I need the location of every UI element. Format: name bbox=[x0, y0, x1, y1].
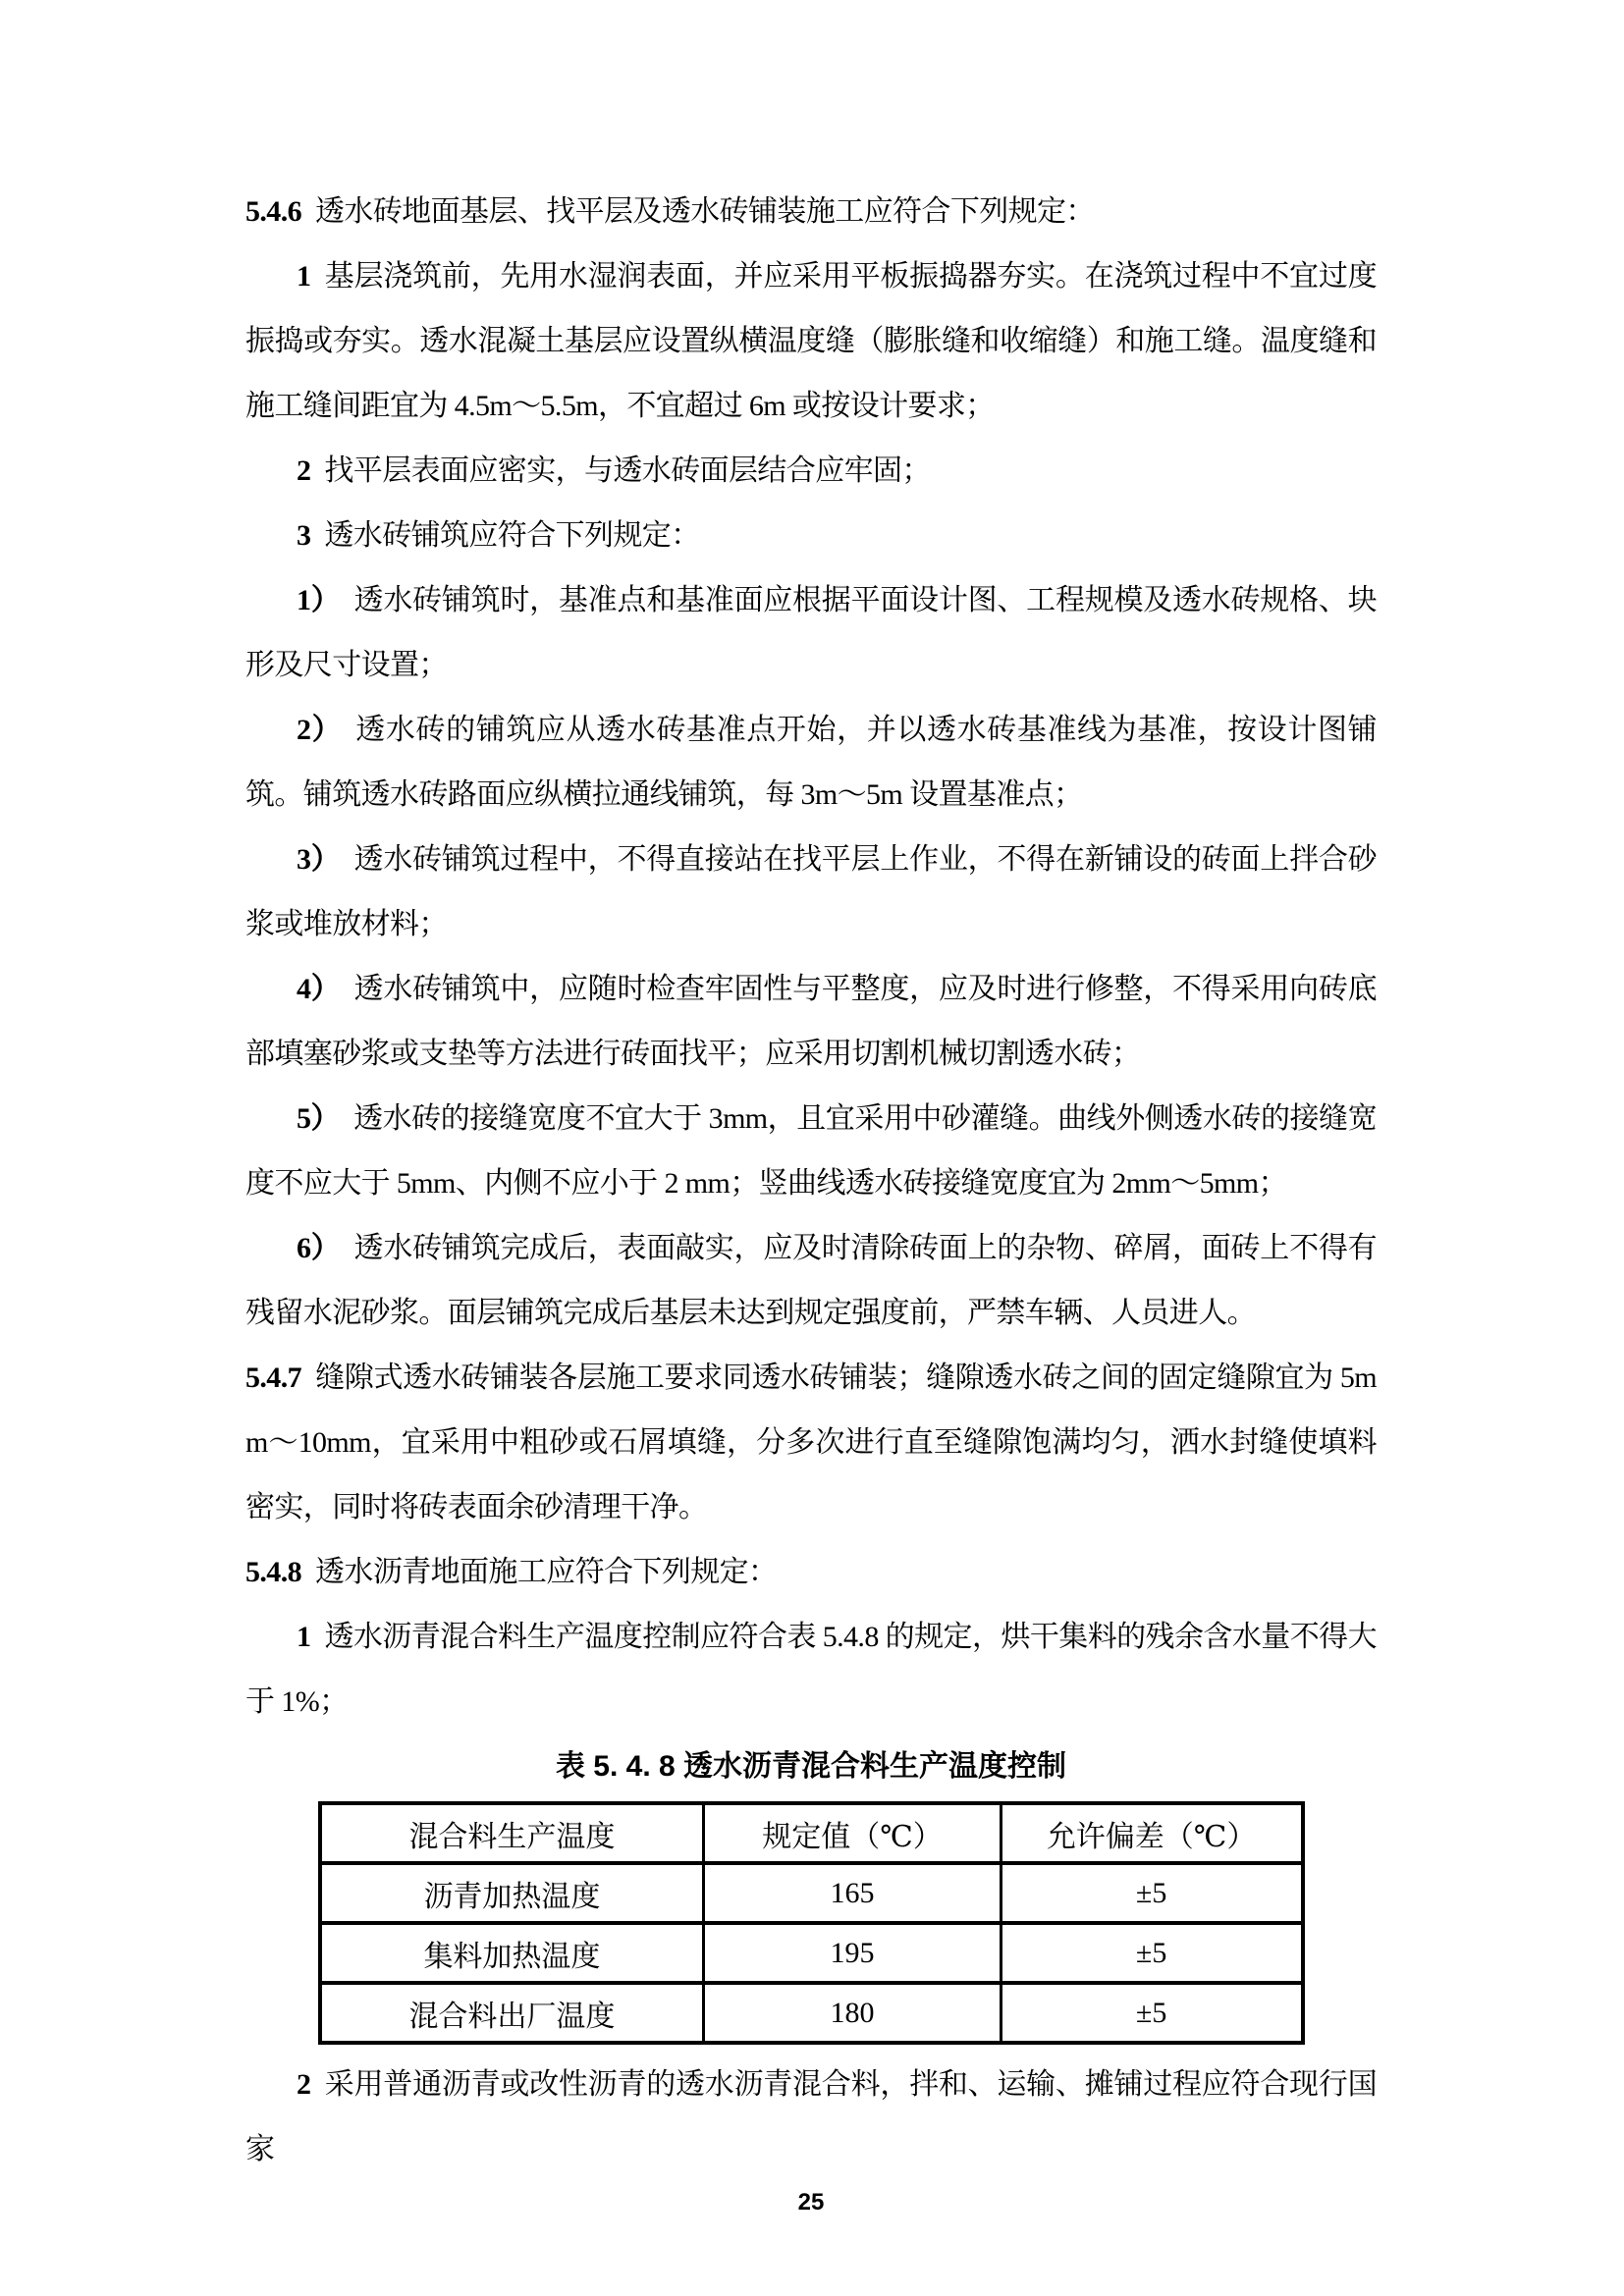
subitem-number: 4） bbox=[297, 973, 341, 1005]
subitem-4: 4）透水砖铺筑中，应随时检查牢固性与平整度，应及时进行修整，不得采用向砖底部填塞… bbox=[245, 957, 1377, 1087]
column-header: 允许偏差（℃） bbox=[1001, 1803, 1302, 1863]
page-number: 25 bbox=[245, 2184, 1377, 2221]
table-row: 沥青加热温度 165 ±5 bbox=[320, 1863, 1303, 1923]
clause-5-4-7: 5.4.7缝隙式透水砖铺装各层施工要求同透水砖铺装；缝隙透水砖之间的固定缝隙宜为… bbox=[245, 1346, 1377, 1540]
table-cell: ±5 bbox=[1001, 1983, 1302, 2043]
table-row: 混合料出厂温度 180 ±5 bbox=[320, 1983, 1303, 2043]
table-cell: 沥青加热温度 bbox=[320, 1863, 704, 1923]
paragraph-text: 透水砖的接缝宽度不宜大于 3mm，且宜采用中砂灌缝。曲线外侧透水砖的接缝宽度不应… bbox=[245, 1102, 1377, 1200]
item-number: 2 bbox=[297, 454, 310, 487]
item-number: 2 bbox=[297, 2068, 310, 2101]
table-caption: 表 5. 4. 8 透水沥青混合料生产温度控制 bbox=[245, 1736, 1377, 1797]
subitem-number: 1） bbox=[297, 584, 341, 616]
subitem-6: 6）透水砖铺筑完成后，表面敲实，应及时清除砖面上的杂物、碎屑，面砖上不得有残留水… bbox=[245, 1216, 1377, 1346]
paragraph-text: 基层浇筑前，先用水湿润表面，并应采用平板振捣器夯实。在浇筑过程中不宜过度振捣或夯… bbox=[245, 260, 1377, 422]
item-2: 2找平层表面应密实，与透水砖面层结合应牢固； bbox=[245, 439, 1377, 504]
item-number: 1 bbox=[297, 260, 310, 293]
item-number: 3 bbox=[297, 519, 310, 552]
subitem-3: 3）透水砖铺筑过程中，不得直接站在找平层上作业，不得在新铺设的砖面上拌合砂浆或堆… bbox=[245, 828, 1377, 957]
paragraph-text: 透水砖铺筑过程中，不得直接站在找平层上作业，不得在新铺设的砖面上拌合砂浆或堆放材… bbox=[245, 843, 1377, 940]
table-cell: 195 bbox=[704, 1923, 1001, 1983]
paragraph-text: 采用普通沥青或改性沥青的透水沥青混合料，拌和、运输、摊铺过程应符合现行国家 bbox=[245, 2068, 1377, 2165]
table-row: 集料加热温度 195 ±5 bbox=[320, 1923, 1303, 1983]
paragraph-text: 透水砖地面基层、找平层及透水砖铺装施工应符合下列规定： bbox=[315, 195, 1095, 228]
table-cell: 集料加热温度 bbox=[320, 1923, 704, 1983]
subitem-number: 2） bbox=[297, 714, 342, 746]
item-1: 1基层浇筑前，先用水湿润表面，并应采用平板振捣器夯实。在浇筑过程中不宜过度振捣或… bbox=[245, 244, 1377, 439]
table-cell: 180 bbox=[704, 1983, 1001, 2043]
paragraph-text: 透水沥青混合料生产温度控制应符合表 5.4.8 的规定，烘干集料的残余含水量不得… bbox=[245, 1621, 1377, 1718]
clause-number: 5.4.7 bbox=[245, 1362, 301, 1394]
column-header: 规定值（℃） bbox=[704, 1803, 1001, 1863]
clause-5-4-6: 5.4.6透水砖地面基层、找平层及透水砖铺装施工应符合下列规定： bbox=[245, 180, 1377, 244]
subitem-number: 5） bbox=[297, 1102, 340, 1135]
clause-number: 5.4.8 bbox=[245, 1556, 301, 1588]
paragraph-text: 透水砖铺筑中，应随时检查牢固性与平整度，应及时进行修整，不得采用向砖底部填塞砂浆… bbox=[245, 973, 1377, 1070]
subitem-1: 1）透水砖铺筑时，基准点和基准面应根据平面设计图、工程规模及透水砖规格、块形及尺… bbox=[245, 568, 1377, 698]
document-page: 5.4.6透水砖地面基层、找平层及透水砖铺装施工应符合下列规定： 1基层浇筑前，… bbox=[0, 0, 1624, 2296]
clause-number: 5.4.6 bbox=[245, 195, 301, 228]
item-3: 3透水砖铺筑应符合下列规定： bbox=[245, 504, 1377, 568]
paragraph-text: 透水砖铺筑完成后，表面敲实，应及时清除砖面上的杂物、碎屑，面砖上不得有残留水泥砂… bbox=[245, 1232, 1377, 1329]
column-header: 混合料生产温度 bbox=[320, 1803, 704, 1863]
subitem-5: 5）透水砖的接缝宽度不宜大于 3mm，且宜采用中砂灌缝。曲线外侧透水砖的接缝宽度… bbox=[245, 1087, 1377, 1216]
table-cell: ±5 bbox=[1001, 1863, 1302, 1923]
paragraph-text: 缝隙式透水砖铺装各层施工要求同透水砖铺装；缝隙透水砖之间的固定缝隙宜为 5mm～… bbox=[245, 1362, 1377, 1523]
paragraph-text: 找平层表面应密实，与透水砖面层结合应牢固； bbox=[324, 454, 930, 487]
clause-5-4-8: 5.4.8透水沥青地面施工应符合下列规定： bbox=[245, 1540, 1377, 1605]
subitem-number: 3） bbox=[297, 843, 341, 876]
table-cell: 混合料出厂温度 bbox=[320, 1983, 704, 2043]
paragraph-text: 透水沥青地面施工应符合下列规定： bbox=[315, 1556, 777, 1588]
paragraph-text: 透水砖铺筑时，基准点和基准面应根据平面设计图、工程规模及透水砖规格、块形及尺寸设… bbox=[245, 584, 1377, 681]
paragraph-text: 透水砖铺筑应符合下列规定： bbox=[324, 519, 699, 552]
subitem-number: 6） bbox=[297, 1232, 341, 1264]
table-cell: 165 bbox=[704, 1863, 1001, 1923]
item-548-1: 1透水沥青混合料生产温度控制应符合表 5.4.8 的规定，烘干集料的残余含水量不… bbox=[245, 1605, 1377, 1735]
table-header-row: 混合料生产温度 规定值（℃） 允许偏差（℃） bbox=[320, 1803, 1303, 1863]
table-cell: ±5 bbox=[1001, 1923, 1302, 1983]
paragraph-text: 透水砖的铺筑应从透水砖基准点开始，并以透水砖基准线为基准，按设计图铺筑。铺筑透水… bbox=[245, 714, 1377, 811]
item-548-2: 2采用普通沥青或改性沥青的透水沥青混合料，拌和、运输、摊铺过程应符合现行国家 bbox=[245, 2053, 1377, 2182]
subitem-2: 2）透水砖的铺筑应从透水砖基准点开始，并以透水砖基准线为基准，按设计图铺筑。铺筑… bbox=[245, 698, 1377, 828]
item-number: 1 bbox=[297, 1621, 310, 1653]
temperature-control-table: 混合料生产温度 规定值（℃） 允许偏差（℃） 沥青加热温度 165 ±5 集料加… bbox=[318, 1801, 1305, 2045]
